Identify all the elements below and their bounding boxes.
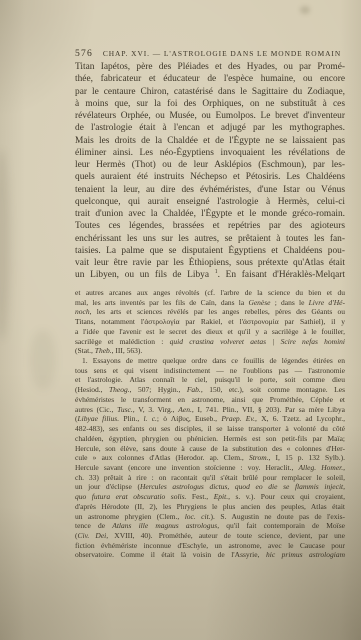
text-line: (Libyae filius. Plin., l. c.; ὁ Λίβυς, E… — [75, 414, 345, 424]
text-line: un Libyen, ou un fils de Libya 1. En fai… — [75, 269, 345, 281]
text-line: fiction évhémériste inconnue d'Eschyle, … — [75, 541, 345, 551]
text-line: et autres arcanes aux anges révoltés (cf… — [75, 288, 345, 298]
text-line: Titans, notamment l'ἀστρολογία par Rakie… — [75, 317, 345, 327]
text-line: évhéméristes le transforment en astronom… — [75, 395, 345, 405]
text-line: observatoire. Comme il était là voisin d… — [75, 550, 345, 560]
main-text: Titan Iapétos, père des Pléiades et des … — [75, 61, 345, 282]
text-line: à moins que, sur la foi des Orphiques, o… — [75, 98, 345, 110]
text-line: tence de Atlans ille magnus astrologus, … — [75, 521, 345, 531]
paper-smudge — [30, 330, 56, 390]
text-line: Mais les droits de la Chaldée et de l'Ég… — [75, 135, 345, 147]
text-line: 1. Essayons de mettre quelque ordre dans… — [75, 356, 345, 366]
text-line: de l'astrologie était à l'encan et adjug… — [75, 122, 345, 134]
text-line: quels auraient été instruits Néchepso et… — [75, 171, 345, 183]
text-line: trait d'union avec la Chaldée, l'Égypte … — [75, 208, 345, 220]
text-line: un astronome phrygien (Clem., loc. cit.)… — [75, 512, 345, 522]
text-line: tenaient la leur, au dire des évhémérist… — [75, 184, 345, 196]
text-line: (Hesiod., Theog., 507; Hygin., Fab., 150… — [75, 385, 345, 395]
page-number: 576 — [75, 48, 93, 59]
text-line: Hercule savant (encore une invention sto… — [75, 463, 345, 473]
text-line: et l'astrologie. Atlas connaît le ciel, … — [75, 375, 345, 385]
text-line: 482-483), ses enfants ou ses disciples, … — [75, 424, 345, 434]
text-line: (Civ. Dei, XVIII, 40). Prométhée, auteur… — [75, 531, 345, 541]
text-line: Titan Iapétos, père des Pléiades et des … — [75, 61, 345, 73]
text-line: mal, les arts inventés par les fils de C… — [75, 298, 345, 308]
text-line: révélateurs Orphée, ou Musée, ou Eumolpo… — [75, 110, 345, 122]
book-page: 576 CHAP. XVI. — L'ASTROLOGIE DANS LE MO… — [0, 0, 361, 640]
footnotes: et autres arcanes aux anges révoltés (cf… — [75, 288, 345, 560]
text-line: noch, les arts et sciences révélés par l… — [75, 307, 345, 317]
text-line: tous sens et qui visent indistinctement … — [75, 366, 345, 376]
running-title: CHAP. XVI. — L'ASTROLOGIE DANS LE MONDE … — [93, 49, 345, 58]
text-line: taisies. La palme que se disputaient Égy… — [75, 245, 345, 257]
text-line: cule » aux colonnes d'Atlas (Herodor. ap… — [75, 453, 345, 463]
text-line: Toutes ces légendes, brassées et repétri… — [75, 220, 345, 232]
text-line: thée, fabricateur et éducateur de l'espè… — [75, 73, 345, 85]
paper-smudge — [0, 150, 10, 340]
text-line: Hercule, son élève, sans doute à cause d… — [75, 444, 345, 454]
text-line: enchérissant les uns sur les autres, se … — [75, 233, 345, 245]
text-line: leur Hermès (Thot) ou de leur Asklépios … — [75, 159, 345, 171]
text-line: a l'idée que l'avenir est le secret des … — [75, 327, 345, 337]
text-line: autres (Cic., Tusc., V, 3. Virg., Aen., … — [75, 405, 345, 415]
text-line: quo futura erat obscuratio solis. Fest.,… — [75, 492, 345, 502]
page-header: 576 CHAP. XVI. — L'ASTROLOGIE DANS LE MO… — [75, 48, 345, 59]
text-line: quelconque, qui aurait enseigné l'astrol… — [75, 196, 345, 208]
text-line: vait leur être ravie par les Éthiopiens,… — [75, 257, 345, 269]
text-line: d'après Hérodote (II, 2), les Phrygiens … — [75, 502, 345, 512]
text-line: ch. 33) prêtait à rire : on racontait qu… — [75, 473, 345, 483]
text-line: par le centaure Chiron, catastérisé dans… — [75, 86, 345, 98]
text-line: chaldéen, égyptien, phrygien ou phénicie… — [75, 434, 345, 444]
text-line: un jour d'éclipse (Hercules astrologus d… — [75, 482, 345, 492]
text-line: éliminer ainsi. Les néo-Égyptiens invoqu… — [75, 147, 345, 159]
paper-speck — [300, 6, 310, 14]
text-line: sacrilège et malédiction : quid crastina… — [75, 337, 345, 347]
text-line: (Stat., Theb., III, 563). — [75, 346, 345, 356]
